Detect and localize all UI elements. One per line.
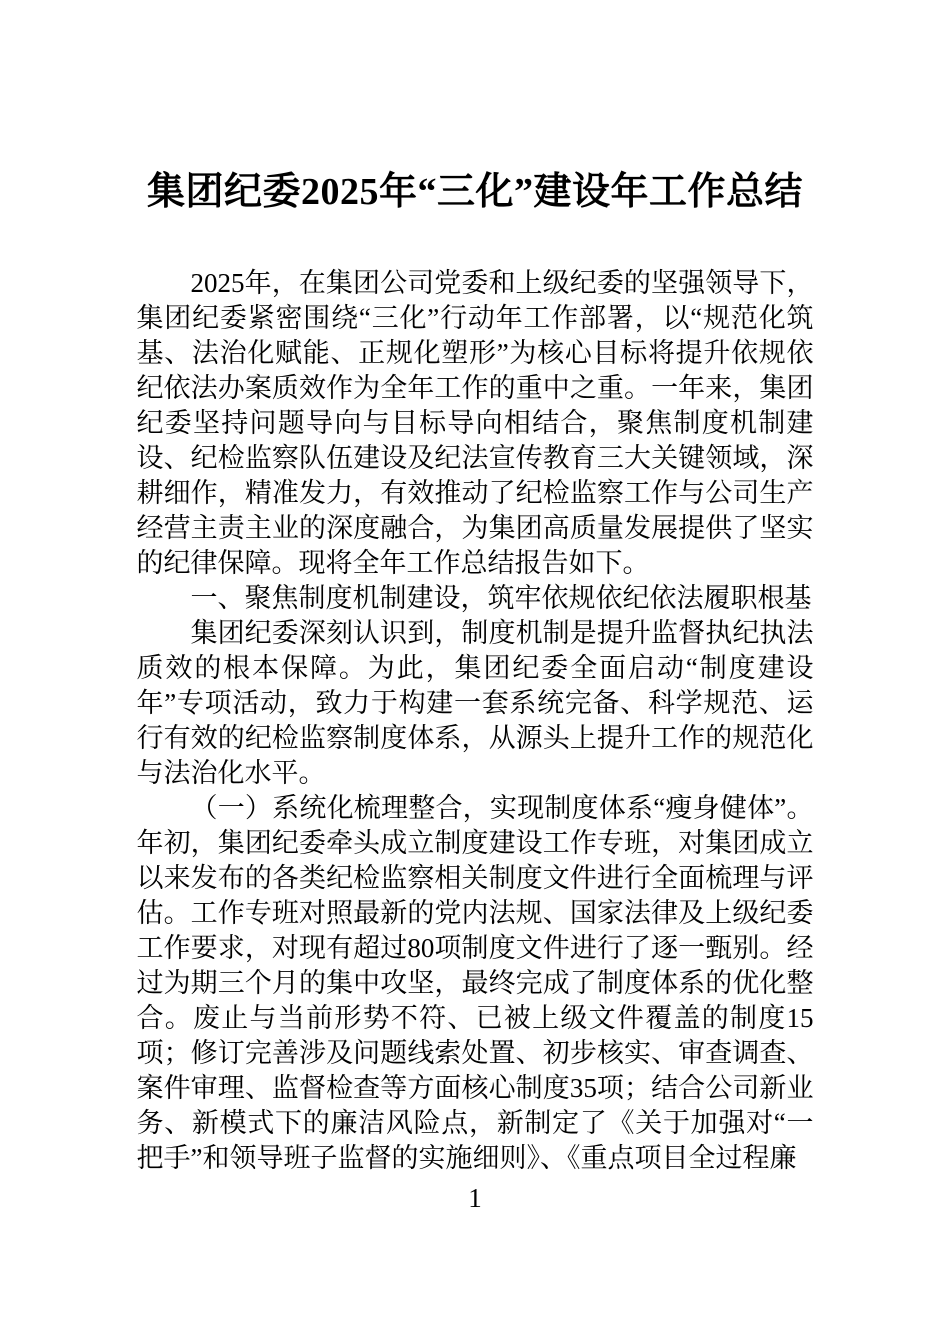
- document-body: 2025年，在集团公司党委和上级纪委的坚强领导下，集团纪委紧密围绕“三化”行动年…: [137, 266, 814, 1176]
- paragraph-institution-mechanism: 集团纪委深刻认识到，制度机制是提升监督执纪执法质效的根本保障。为此，集团纪委全面…: [137, 616, 814, 791]
- section-heading-1: 一、聚焦制度机制建设，筑牢依规依纪依法履职根基: [137, 581, 814, 616]
- document-title: 集团纪委2025年“三化”建设年工作总结: [0, 0, 950, 214]
- document-page: 集团纪委2025年“三化”建设年工作总结 2025年，在集团公司党委和上级纪委的…: [0, 0, 950, 1344]
- paragraph-system-consolidation: （一）系统化梳理整合，实现制度体系“瘦身健体”。年初，集团纪委牵头成立制度建设工…: [137, 791, 814, 1176]
- intro-paragraph: 2025年，在集团公司党委和上级纪委的坚强领导下，集团纪委紧密围绕“三化”行动年…: [137, 266, 814, 581]
- page-number: 1: [0, 1182, 950, 1214]
